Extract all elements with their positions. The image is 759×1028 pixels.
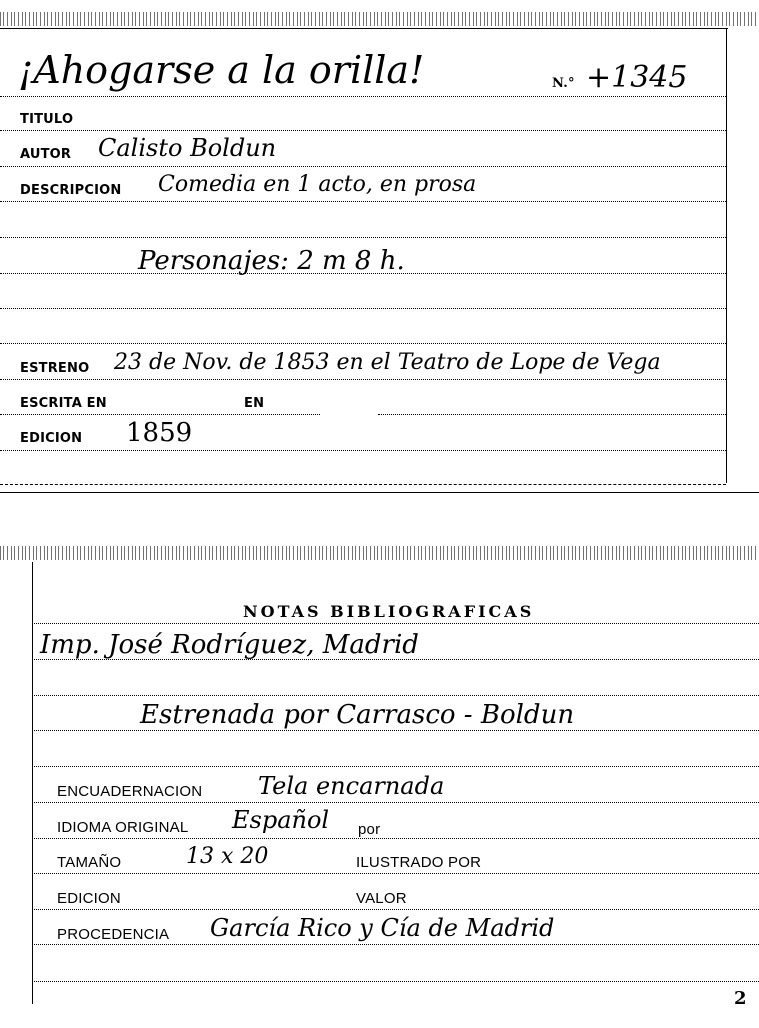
estreno-value: 23 de Nov. de 1853 en el Teatro de Lope … bbox=[114, 350, 661, 375]
en-rule bbox=[378, 414, 726, 415]
idioma-original-value: Español bbox=[232, 806, 329, 834]
number-prefix: N.° bbox=[552, 76, 575, 91]
ilustrado-por-label: ILUSTRADO POR bbox=[356, 854, 481, 871]
descripcion-rule bbox=[0, 201, 726, 202]
descripcion-value: Comedia en 1 acto, en prosa bbox=[158, 172, 476, 197]
title-rule bbox=[0, 96, 726, 97]
idioma-original-label: IDIOMA ORIGINAL bbox=[57, 819, 188, 836]
card-left-border bbox=[32, 562, 33, 1004]
title-handwritten: ¡Ahogarse a la orilla! bbox=[18, 48, 424, 92]
blank-rule-1 bbox=[0, 237, 726, 238]
number-handwritten: +1345 bbox=[586, 60, 687, 95]
edicion-back-label: EDICION bbox=[57, 890, 121, 907]
estreno-label: ESTRENO bbox=[20, 361, 89, 376]
note-rule-1 bbox=[32, 659, 759, 660]
note-line-1: Imp. José Rodríguez, Madrid bbox=[40, 630, 419, 660]
page-number: 2 bbox=[734, 988, 747, 1009]
personajes-rule bbox=[0, 273, 726, 274]
tamano-label: TAMAÑO bbox=[57, 854, 121, 871]
edicion-rule bbox=[0, 450, 726, 451]
blank-rule-2 bbox=[0, 308, 726, 309]
scan-edge-noise bbox=[0, 546, 759, 560]
valor-label: VALOR bbox=[356, 890, 407, 907]
card-top-border bbox=[0, 28, 728, 29]
catalog-card-front: ¡Ahogarse a la orilla! N.° +1345 TITULO … bbox=[0, 0, 759, 495]
en-label: EN bbox=[244, 396, 264, 411]
tamano-rule bbox=[32, 873, 759, 874]
edicion-label: EDICION bbox=[20, 431, 82, 446]
autor-rule bbox=[0, 166, 726, 167]
notas-heading: NOTAS BIBLIOGRAFICAS bbox=[243, 602, 534, 621]
note-line-2: Estrenada por Carrasco - Boldun bbox=[140, 700, 574, 730]
procedencia-label: PROCEDENCIA bbox=[57, 926, 169, 943]
escrita-en-rule bbox=[0, 414, 320, 415]
card-right-border bbox=[726, 28, 727, 483]
bottom-broken-rule bbox=[0, 484, 726, 485]
card-bottom-border bbox=[0, 492, 759, 493]
encuadernacion-label: ENCUADERNACION bbox=[57, 783, 202, 800]
note-rule-2 bbox=[32, 695, 759, 696]
procedencia-rule bbox=[32, 944, 759, 945]
descripcion-label: DESCRIPCION bbox=[20, 183, 121, 198]
note-rule-4 bbox=[32, 766, 759, 767]
por-label: por bbox=[358, 821, 380, 838]
tamano-value: 13 x 20 bbox=[186, 844, 268, 869]
heading-rule bbox=[32, 623, 759, 624]
procedencia-value: García Rico y Cía de Madrid bbox=[210, 914, 554, 942]
encuadernacion-value: Tela encarnada bbox=[258, 772, 444, 800]
titulo-label: TITULO bbox=[20, 112, 73, 127]
scan-edge-noise bbox=[0, 12, 759, 26]
encuadernacion-rule bbox=[32, 802, 759, 803]
autor-value: Calisto Boldun bbox=[98, 134, 276, 162]
titulo-rule bbox=[0, 130, 726, 131]
idioma-rule bbox=[32, 838, 759, 839]
blank-rule-back bbox=[32, 981, 759, 982]
note-rule-3 bbox=[32, 730, 759, 731]
edicion-value: 1859 bbox=[126, 418, 192, 448]
estreno-rule bbox=[0, 379, 726, 380]
escrita-en-label: ESCRITA EN bbox=[20, 396, 107, 411]
catalog-card-back: NOTAS BIBLIOGRAFICAS Imp. José Rodríguez… bbox=[0, 540, 759, 1028]
edicion-back-rule bbox=[32, 909, 759, 910]
pre-estreno-rule bbox=[0, 343, 726, 344]
personajes-value: Personajes: 2 m 8 h. bbox=[138, 246, 405, 276]
autor-label: AUTOR bbox=[20, 147, 71, 162]
